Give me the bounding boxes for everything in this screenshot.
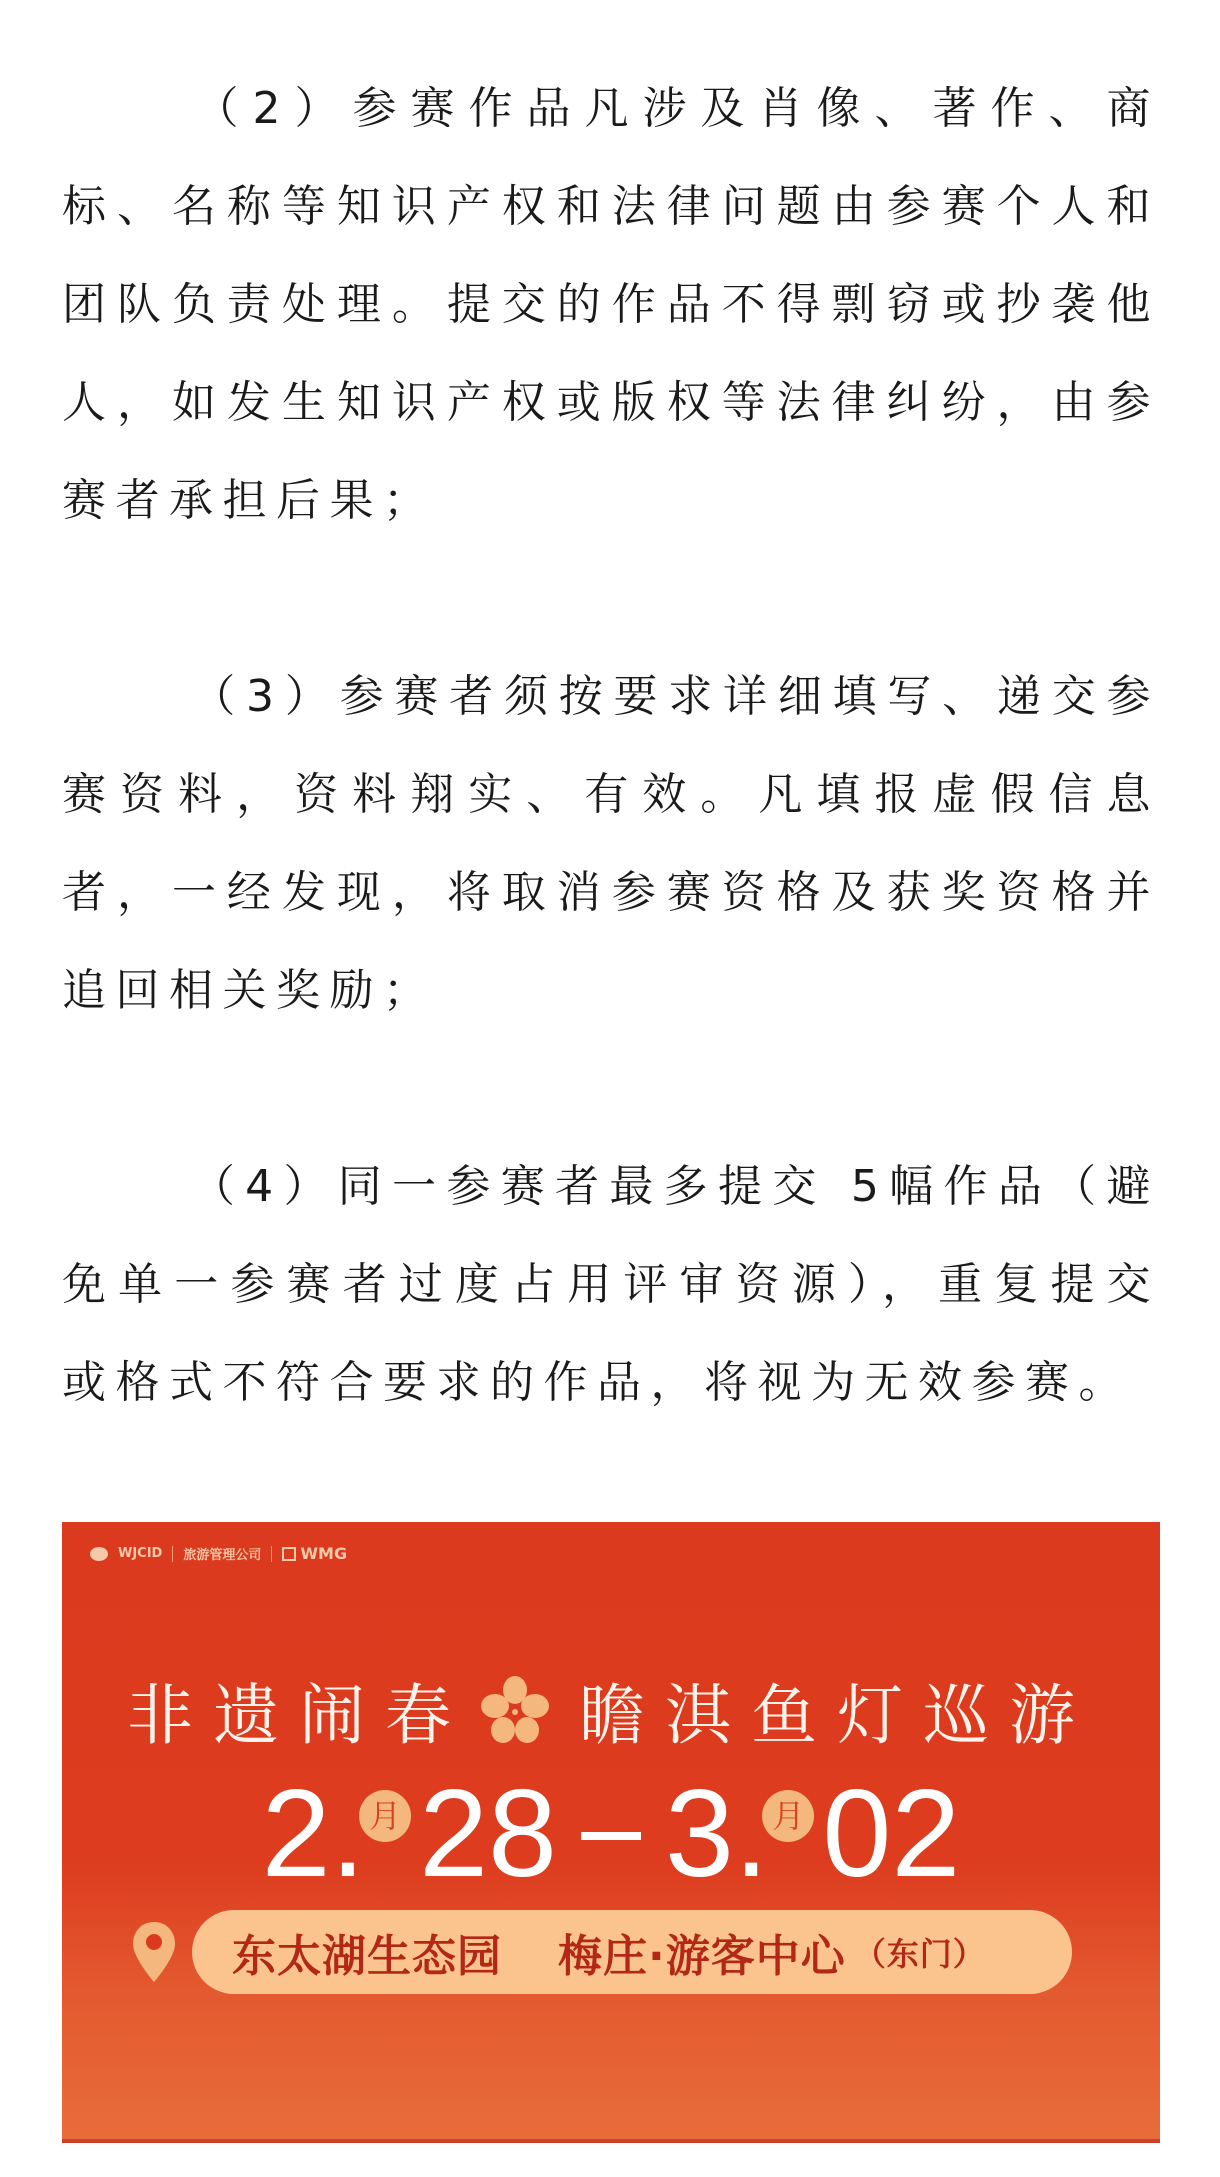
location-row: 东太湖生态园 梅庄·游客中心 （东门） xyxy=(130,1910,1072,1994)
location-pill: 东太湖生态园 梅庄·游客中心 （东门） xyxy=(192,1910,1072,1994)
paragraph-4: （4）同一参赛者最多提交 5幅作品（避免单一参赛者过度占用评审资源），重复提交或… xyxy=(62,1138,1160,1432)
wmg-logo-text: WMG xyxy=(300,1544,347,1563)
paragraph-3-text: （3）参赛者须按要求详细填写、递交参赛资料，资料翔实、有效。凡填报虚假信息者，一… xyxy=(62,671,1160,1016)
banner-title: 非遗闹春 瞻淇鱼灯巡游 xyxy=(62,1662,1160,1757)
location-main: 东太湖生态园 xyxy=(232,1920,502,1984)
plum-flower-icon xyxy=(479,1674,551,1746)
paragraph-2-text: （2）参赛作品凡涉及肖像、著作、商标、名称等知识产权和法律问题由参赛个人和团队负… xyxy=(62,83,1160,526)
event-dates: 2. 月 28 3. 月 02 xyxy=(62,1772,1160,1896)
logo-divider xyxy=(172,1546,173,1562)
wmg-logo-icon xyxy=(282,1547,296,1561)
paragraph-3: （3）参赛者须按要求详细填写、递交参赛资料，资料翔实、有效。凡填报虚假信息者，一… xyxy=(62,648,1160,1040)
location-note: （东门） xyxy=(854,1929,986,1975)
sponsor-logos: WJCID 旅游管理公司 WMG xyxy=(90,1544,347,1563)
date-range-dash xyxy=(581,1832,641,1840)
logo-divider xyxy=(271,1546,272,1562)
start-month: 2. xyxy=(262,1772,365,1896)
month-badge: 月 xyxy=(359,1790,411,1842)
title-right: 瞻淇鱼灯巡游 xyxy=(579,1662,1095,1757)
event-banner: WJCID 旅游管理公司 WMG 非遗闹春 瞻淇鱼灯巡游 2. 月 xyxy=(62,1522,1160,2143)
end-month: 3. xyxy=(665,1772,768,1896)
title-left: 非遗闹春 xyxy=(127,1662,471,1757)
wjcid-logo-icon xyxy=(90,1547,108,1561)
start-day: 28 xyxy=(419,1772,557,1896)
paragraph-2: （2）参赛作品凡涉及肖像、著作、商标、名称等知识产权和法律问题由参赛个人和团队负… xyxy=(62,60,1160,550)
tourism-company-text: 旅游管理公司 xyxy=(183,1544,261,1563)
wjcid-logo-text: WJCID xyxy=(118,1546,162,1561)
location-pin-icon xyxy=(130,1920,178,1984)
month-badge: 月 xyxy=(762,1790,814,1842)
end-day: 02 xyxy=(822,1772,960,1896)
paragraph-4-text: （4）同一参赛者最多提交 5幅作品（避免单一参赛者过度占用评审资源），重复提交或… xyxy=(62,1161,1160,1408)
location-sub: 梅庄·游客中心 xyxy=(558,1920,846,1984)
